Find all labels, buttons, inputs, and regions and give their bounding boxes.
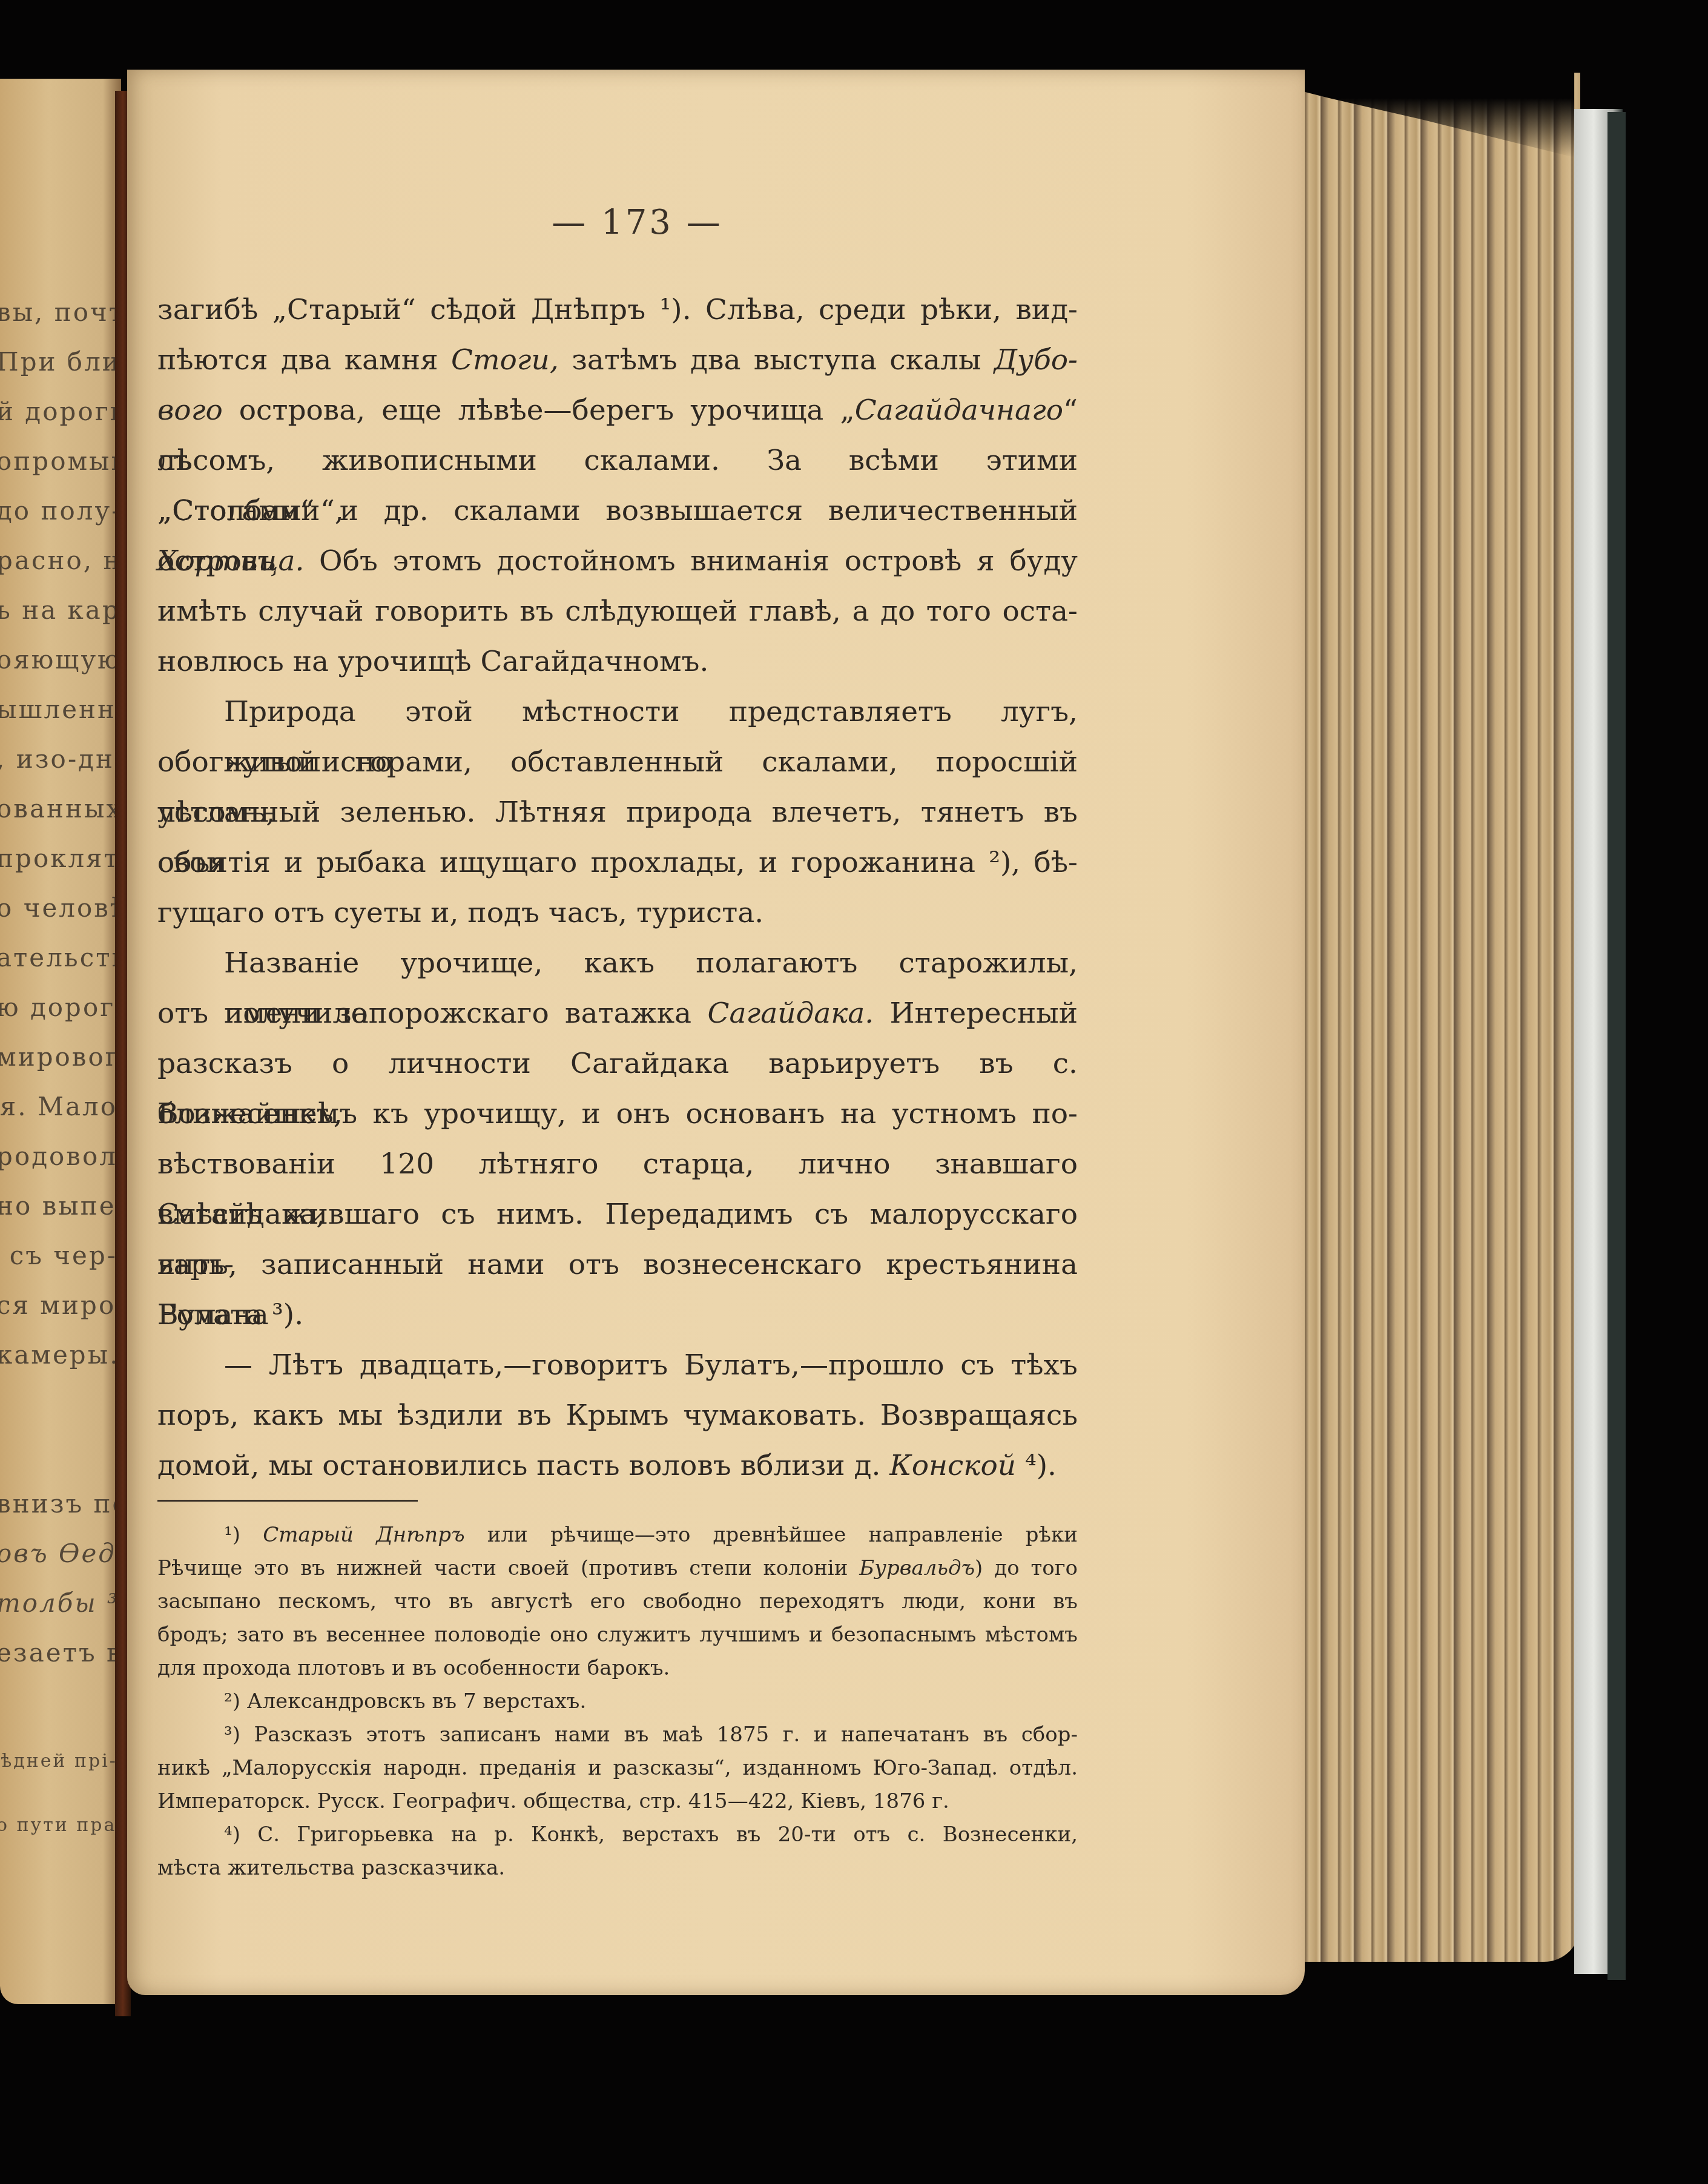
text-line: вѣствованіи 120 лѣтняго старца, лично зн… xyxy=(157,1139,1078,1189)
left-page-line: При бли- xyxy=(0,337,117,387)
line-content: Названіе урочище, какъ полагаютъ старожи… xyxy=(224,938,1078,988)
text-run: ²) Александровскъ въ 7 верстахъ. xyxy=(224,1689,586,1714)
line-content: отъ имени запорожскаго ватажка Сагайдака… xyxy=(157,988,1078,1038)
left-page-line xyxy=(0,1430,117,1479)
footnote-line: никѣ „Малорусскія народн. преданія и раз… xyxy=(157,1752,1078,1785)
text-line: вого острова, еще лѣвѣе—берегъ урочища „… xyxy=(157,385,1078,435)
line-content: Хортица. Объ этомъ достойномъ вниманія о… xyxy=(157,536,1078,586)
text-line: имѣть случай говорить въ слѣдующей главѣ… xyxy=(157,586,1078,636)
left-page-text: вы, почтиПри бли-й дороги,опромыш-до пол… xyxy=(0,288,117,1873)
text-run: бродъ; зато въ весеннее половодіе оно сл… xyxy=(157,1623,1078,1647)
line-content: „Стогами“ и др. скалами возвышается вели… xyxy=(157,486,1078,536)
text-line: устланный зеленью. Лѣтняя природа влечет… xyxy=(157,787,1078,837)
book-cover-binding xyxy=(1607,112,1626,1980)
line-content: янтъ, записанный нами отъ вознесенскаго … xyxy=(157,1239,1078,1290)
text-line: новлюсь на урочищѣ Сагайдачномъ. xyxy=(157,636,1078,687)
text-line: пѣются два камня Стоги, затѣмъ два высту… xyxy=(157,335,1078,385)
line-content: пѣются два камня Стоги, затѣмъ два высту… xyxy=(157,335,1078,385)
text-run: Интересный xyxy=(874,997,1078,1030)
footnote-line: ³) Разсказъ этотъ записанъ нами въ маѣ 1… xyxy=(157,1718,1078,1752)
left-page-footnote-line: о пути пра- xyxy=(0,1809,117,1843)
text-line: вмѣстѣ жившаго съ нимъ. Передадимъ съ ма… xyxy=(157,1189,1078,1239)
left-page-footnotes: ѣдней прі-о пути пра- xyxy=(0,1744,117,1843)
line-content: вѣствованіи 120 лѣтняго старца, лично зн… xyxy=(157,1139,1078,1189)
left-page-line: толбы ³). xyxy=(0,1579,117,1628)
text-run: никѣ „Малорусскія народн. преданія и раз… xyxy=(157,1756,1078,1780)
text-line: отъ имени запорожскаго ватажка Сагайдака… xyxy=(157,988,1078,1038)
text-line: объятія и рыбака ищущаго прохлады, и гор… xyxy=(157,837,1078,888)
footnote-line: ¹) Старый Днѣпръ или рѣчище—это древнѣйш… xyxy=(157,1519,1078,1552)
footnote-content: ³) Разсказъ этотъ записанъ нами въ маѣ 1… xyxy=(224,1718,1078,1752)
left-page-line: ю дороги xyxy=(0,983,117,1032)
italic-text: Хортица. xyxy=(157,544,304,578)
left-page-line: до полу- xyxy=(0,486,117,536)
text-run: объятія и рыбака ищущаго прохлады, и гор… xyxy=(157,846,1078,879)
footnote-line: Рѣчище это въ нижней части своей (против… xyxy=(157,1552,1078,1585)
text-run: имѣть случай говорить въ слѣдующей главѣ… xyxy=(157,595,1078,628)
left-page-line: опромыш- xyxy=(0,437,117,486)
line-content: объятія и рыбака ищущаго прохлады, и гор… xyxy=(157,837,1078,888)
left-page-fragment: вы, почтиПри бли-й дороги,опромыш-до пол… xyxy=(0,79,121,2004)
footnote-content: ¹) Старый Днѣпръ или рѣчище—это древнѣйш… xyxy=(224,1519,1078,1552)
footnote-content: мѣста жительства разсказчика. xyxy=(157,1852,1078,1885)
text-line: домой, мы остановились пасть воловъ вбли… xyxy=(157,1440,1078,1491)
footnote-content: Рѣчище это въ нижней части своей (против… xyxy=(157,1552,1078,1585)
text-run: ближайшемъ къ урочищу, и онъ основанъ на… xyxy=(157,1097,1078,1130)
text-run: ⁴) С. Григорьевка на р. Конкѣ, верстахъ … xyxy=(224,1823,1078,1847)
line-content: ближайшемъ къ урочищу, и онъ основанъ на… xyxy=(157,1089,1078,1139)
footnote-content: никѣ „Малорусскія народн. преданія и раз… xyxy=(157,1752,1078,1785)
text-line: Названіе урочище, какъ полагаютъ старожи… xyxy=(157,938,1078,988)
text-run: отъ имени запорожскаго ватажка xyxy=(157,997,707,1030)
footnote-content: бродъ; зато въ весеннее половодіе оно сл… xyxy=(157,1618,1078,1652)
text-run: Булата ³). xyxy=(157,1298,303,1331)
line-content: разсказъ о личности Сагайдака варьируетъ… xyxy=(157,1038,1078,1089)
italic-text: Конской xyxy=(889,1449,1016,1482)
italic-text: Стоги, xyxy=(451,343,559,377)
line-content: устланный зеленью. Лѣтняя природа влечет… xyxy=(157,787,1078,837)
text-line: янтъ, записанный нами отъ вознесенскаго … xyxy=(157,1239,1078,1290)
italic-text: Сагайдака. xyxy=(707,997,874,1030)
left-page-line: проклятія xyxy=(0,834,117,883)
text-run: затѣмъ два выступа скалы xyxy=(559,343,994,377)
text-line: Хортица. Объ этомъ достойномъ вниманія о… xyxy=(157,536,1078,586)
line-content: имѣть случай говорить въ слѣдующей главѣ… xyxy=(157,586,1078,636)
line-content: новлюсь на урочищѣ Сагайдачномъ. xyxy=(157,636,1078,687)
text-run: засыпано пескомъ, что въ августѣ его сво… xyxy=(157,1589,1078,1614)
footnotes: ¹) Старый Днѣпръ или рѣчище—это древнѣйш… xyxy=(157,1519,1078,1885)
text-line: загибѣ „Старый“ сѣдой Днѣпръ ¹). Слѣва, … xyxy=(157,285,1078,335)
line-content: лѣсомъ, живописными скалами. За всѣми эт… xyxy=(157,435,1078,486)
text-run: ³) Разсказъ этотъ записанъ нами въ маѣ 1… xyxy=(224,1723,1078,1747)
italic-text: вого xyxy=(157,394,223,427)
left-page-line: ышленни- xyxy=(0,685,117,734)
text-line: лѣсомъ, живописными скалами. За всѣми эт… xyxy=(157,435,1078,486)
left-page-line: овъ Ѳедо- xyxy=(0,1529,117,1579)
text-run: пѣются два камня xyxy=(157,343,451,377)
text-run: или рѣчище—это древнѣйшее направленіе рѣ… xyxy=(465,1523,1078,1547)
text-run: новлюсь на урочищѣ Сагайдачномъ. xyxy=(157,645,708,678)
text-run: Рѣчище это въ нижней части своей (против… xyxy=(157,1556,859,1580)
text-run: ⁴). xyxy=(1016,1449,1057,1482)
text-run: ) до того xyxy=(975,1556,1078,1580)
text-line: разсказъ о личности Сагайдака варьируетъ… xyxy=(157,1038,1078,1089)
line-content: Булата ³). xyxy=(157,1290,1078,1340)
left-page-line: внизъ по xyxy=(0,1479,117,1529)
left-page-line: ояющуюся xyxy=(0,635,117,685)
line-content: загибѣ „Старый“ сѣдой Днѣпръ ¹). Слѣва, … xyxy=(157,285,1078,335)
footnote-content: для прохода плотовъ и въ особенности бар… xyxy=(157,1652,1078,1685)
line-content: вого острова, еще лѣвѣе—берегъ урочища „… xyxy=(157,385,1078,435)
footnote-content: засыпано пескомъ, что въ августѣ его сво… xyxy=(157,1585,1078,1618)
text-line: гущаго отъ суеты и, подъ часъ, туриста. xyxy=(157,888,1078,938)
text-run: острова, еще лѣвѣе—берегъ урочища „ xyxy=(223,394,855,427)
footnote-line: для прохода плотовъ и въ особенности бар… xyxy=(157,1652,1078,1685)
text-run: поръ, какъ мы ѣздили въ Крымъ чумаковать… xyxy=(157,1399,1078,1432)
line-content: поръ, какъ мы ѣздили въ Крымъ чумаковать… xyxy=(157,1390,1078,1440)
text-line: Природа этой мѣстности представляетъ луг… xyxy=(157,687,1078,737)
left-page-line: ованныхъ, xyxy=(0,784,117,834)
line-content: гущаго отъ суеты и, подъ часъ, туриста. xyxy=(157,888,1078,938)
left-page-line: я. Мало xyxy=(0,1082,117,1132)
text-run: гущаго отъ суеты и, подъ часъ, туриста. xyxy=(157,896,763,929)
line-content: вмѣстѣ жившаго съ нимъ. Передадимъ съ ма… xyxy=(157,1189,1078,1239)
left-page-line: мирового xyxy=(0,1032,117,1082)
footnote-line: засыпано пескомъ, что въ августѣ его сво… xyxy=(157,1585,1078,1618)
footnote-separator xyxy=(157,1500,418,1502)
page-edges-stack xyxy=(1296,73,1580,1962)
text-run: домой, мы остановились пасть воловъ вбли… xyxy=(157,1449,889,1482)
text-line: обогнутый горами, обставленный скалами, … xyxy=(157,737,1078,787)
text-run: ¹) xyxy=(224,1523,263,1547)
left-page-line: ательства xyxy=(0,933,117,983)
text-run: загибѣ „Старый“ сѣдой Днѣпръ ¹). Слѣва, … xyxy=(157,293,1078,326)
text-line: поръ, какъ мы ѣздили въ Крымъ чумаковать… xyxy=(157,1390,1078,1440)
footnote-content: ⁴) С. Григорьевка на р. Конкѣ, верстахъ … xyxy=(224,1818,1078,1852)
left-page-line: ся миро- xyxy=(0,1281,117,1330)
text-line: ближайшемъ къ урочищу, и онъ основанъ на… xyxy=(157,1089,1078,1139)
text-run: Объ этомъ достойномъ вниманія островѣ я … xyxy=(304,544,1078,578)
text-line: — Лѣтъ двадцать,—говоритъ Булатъ,—прошло… xyxy=(157,1340,1078,1390)
book-page: — 173 — загибѣ „Старый“ сѣдой Днѣпръ ¹).… xyxy=(127,70,1305,1995)
left-page-line: о человѣ- xyxy=(0,883,117,933)
left-page-line: езаетъ въ xyxy=(0,1628,117,1678)
italic-text: Дубо- xyxy=(994,343,1078,377)
body-text: загибѣ „Старый“ сѣдой Днѣпръ ¹). Слѣва, … xyxy=(157,285,1078,1491)
left-page-line: й дороги, xyxy=(0,387,117,437)
text-run: — Лѣтъ двадцать,—говоритъ Булатъ,—прошло… xyxy=(224,1348,1078,1382)
left-page-line xyxy=(0,1380,117,1430)
text-line: Булата ³). xyxy=(157,1290,1078,1340)
line-content: Природа этой мѣстности представляетъ луг… xyxy=(224,687,1078,737)
footnote-line: мѣста жительства разсказчика. xyxy=(157,1852,1078,1885)
footnote-content: Императорск. Русск. Географич. общества,… xyxy=(157,1785,1078,1818)
footnote-line: Императорск. Русск. Географич. общества,… xyxy=(157,1785,1078,1818)
footnote-line: бродъ; зато въ весеннее половодіе оно сл… xyxy=(157,1618,1078,1652)
italic-text: Бурвальдъ xyxy=(859,1556,975,1580)
text-run: мѣста жительства разсказчика. xyxy=(157,1856,505,1880)
left-page-line: родоволь- xyxy=(0,1132,117,1181)
line-content: обогнутый горами, обставленный скалами, … xyxy=(157,737,1078,787)
line-content: домой, мы остановились пасть воловъ вбли… xyxy=(157,1440,1078,1491)
footnote-content: ²) Александровскъ въ 7 верстахъ. xyxy=(224,1685,1078,1718)
left-page-line: камеры... xyxy=(0,1330,117,1380)
left-page-footnote-line: ѣдней прі- xyxy=(0,1744,117,1778)
italic-text: Старый Днѣпръ xyxy=(263,1523,464,1547)
text-run: для прохода плотовъ и въ особенности бар… xyxy=(157,1656,670,1680)
left-page-line: вы, почти xyxy=(0,288,117,337)
text-line: „Стогами“ и др. скалами возвышается вели… xyxy=(157,486,1078,536)
footnote-line: ²) Александровскъ въ 7 верстахъ. xyxy=(157,1685,1078,1718)
left-page-line: расно, но xyxy=(0,536,117,586)
footnote-line: ⁴) С. Григорьевка на р. Конкѣ, верстахъ … xyxy=(157,1818,1078,1852)
left-page-line: ь на кар- xyxy=(0,586,117,635)
page-number: — 173 — xyxy=(48,203,1226,242)
left-page-line: съ чер- xyxy=(0,1231,117,1281)
italic-text: Сагайдачнаго xyxy=(855,394,1063,427)
left-page-line: но выпе- xyxy=(0,1181,117,1231)
left-page-line: , изо-дня xyxy=(0,734,117,784)
line-content: — Лѣтъ двадцать,—говоритъ Булатъ,—прошло… xyxy=(224,1340,1078,1390)
text-run: Императорск. Русск. Географич. общества,… xyxy=(157,1789,949,1813)
